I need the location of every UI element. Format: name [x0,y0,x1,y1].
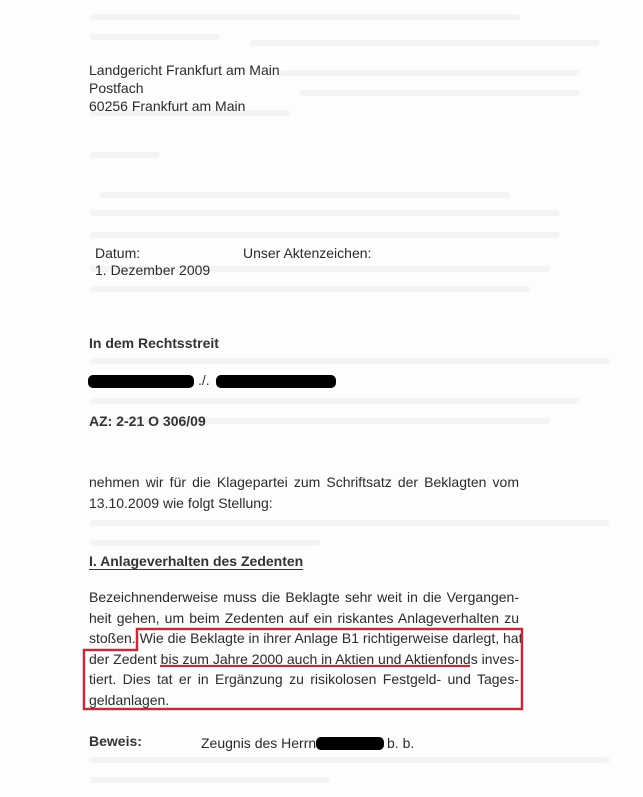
date-label: Datum: [95,245,140,262]
bleed-through [90,398,580,404]
bleed-through [90,152,160,158]
redacted-witness-name [316,737,384,750]
reference-label: Unser Aktenzeichen: [243,245,371,262]
paragraph-line: Bezeichnenderweise muss die Beklagte seh… [89,587,519,608]
paragraph-line: stoßen. Wie die Beklagte in ihrer Anlage… [89,628,519,649]
evidence-text-before: Zeugnis des Herrn [201,735,316,752]
bleed-through [250,40,600,46]
recipient-address: Landgericht Frankfurt am Main Postfach 6… [89,61,280,115]
file-number: AZ: 2-21 O 306/09 [89,413,206,429]
case-intro: In dem Rechtsstreit [89,335,219,351]
bleed-through [90,286,530,292]
scanned-letter-page: Landgericht Frankfurt am Main Postfach 6… [0,0,643,797]
bleed-through [90,540,320,546]
paragraph-line: heit gehen, um beim Zedenten auf ein ris… [89,608,519,629]
section-heading: I. Anlageverhalten des Zedenten [89,553,303,569]
bleed-through [300,90,580,96]
statement-paragraph: nehmen wir für die Klagepartei zum Schri… [89,472,519,513]
statement-line: nehmen wir für die Klagepartei zum Schri… [89,472,519,493]
address-line: 60256 Frankfurt am Main [89,97,280,115]
bleed-through [90,358,610,364]
bleed-through [90,520,610,526]
paragraph-line: geldanlagen. [89,690,519,711]
bleed-through [90,232,560,238]
paragraph-line: der Zedent bis zum Jahre 2000 auch in Ak… [89,649,519,670]
bleed-through [90,14,520,20]
paragraph-line: tiert. Dies tat er in Ergänzung zu risik… [89,669,519,690]
evidence-text-after: b. b. [387,735,414,752]
statement-line: 13.10.2009 wie folgt Stellung: [89,493,519,514]
bleed-through [90,34,220,40]
bleed-through [100,192,510,198]
evidence-label: Beweis: [89,733,142,749]
section-paragraph: Bezeichnenderweise muss die Beklagte seh… [89,587,519,710]
bleed-through [90,777,330,783]
bleed-through [280,70,580,76]
address-line: Postfach [89,79,280,97]
bleed-through [90,757,610,763]
bleed-through [90,210,560,216]
redacted-plaintiff [88,375,194,388]
address-line: Landgericht Frankfurt am Main [89,61,280,79]
redacted-defendant [216,375,336,388]
date-value: 1. Dezember 2009 [95,262,210,279]
parties-separator: ./. [198,372,210,388]
